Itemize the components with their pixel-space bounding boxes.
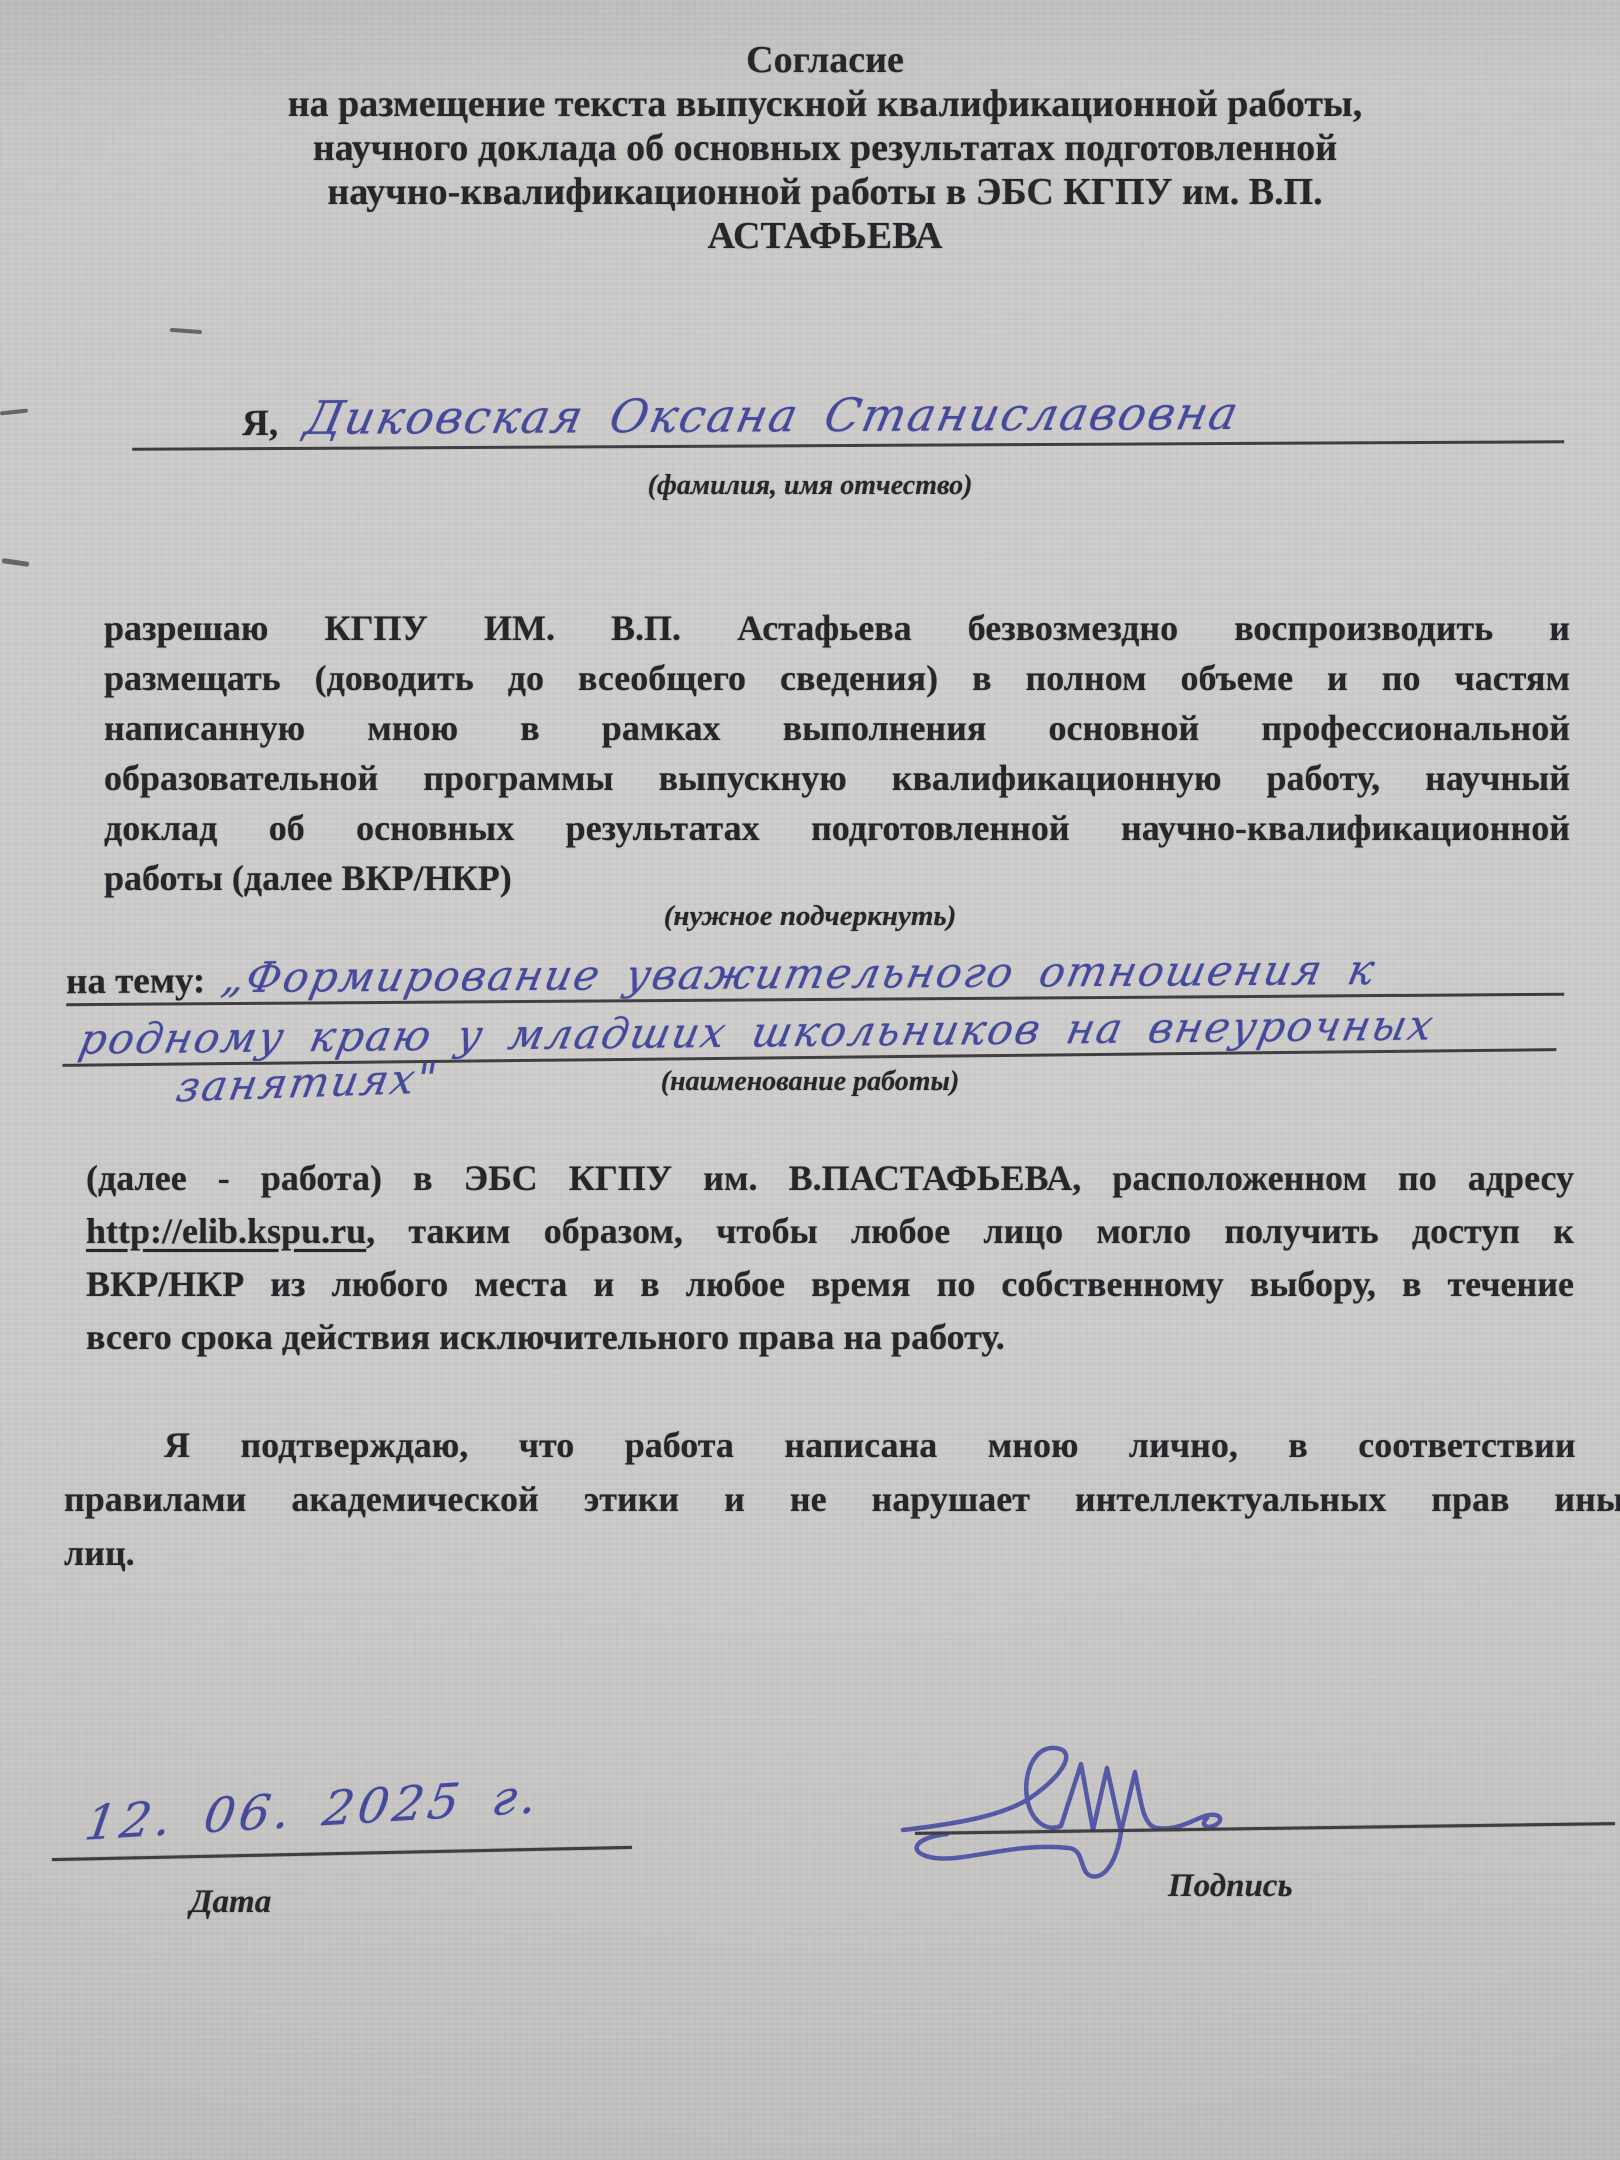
signature-handwriting: [895, 1738, 1235, 1888]
handwritten-theme-line-2: родному краю у младших школьников на вне…: [75, 1000, 1439, 1063]
confirmation-paragraph: Я подтверждаю, что работа написана мною …: [64, 1418, 1620, 1580]
location-paragraph: (далее - работа) в ЭБС КГПУ им. В.ПАСТАФ…: [86, 1152, 1574, 1364]
theme-caption: (наименование работы): [0, 1066, 1620, 1098]
scanned-consent-document: Согласие на размещение текста выпускной …: [0, 0, 1620, 2160]
handwritten-date: 12. 06. 2025 г.: [81, 1768, 545, 1851]
handwritten-name: Диковская Оксана Станиславовна: [300, 386, 1244, 445]
stray-ink-mark: [2, 558, 29, 567]
theme-field-row-2: родному краю у младших школьников на вне…: [62, 982, 1557, 1067]
location-text-last-line: всего срока действия исключительного пра…: [86, 1311, 1574, 1364]
permission-paragraph: разрешаю КГПУ ИМ. В.П. Астафьева безвозм…: [104, 603, 1570, 903]
library-url: http://elib.kspu.ru: [86, 1211, 366, 1251]
signature-label: Подпись: [1168, 1868, 1293, 1905]
name-caption: (фамилия, имя отчество): [0, 470, 1620, 502]
location-text-before-url: (далее - работа) в ЭБС КГПУ им. В.ПАСТАФ…: [86, 1158, 1574, 1198]
name-prefix-label: Я,: [242, 402, 278, 445]
stray-ink-mark: [170, 328, 202, 334]
document-title: Согласие на размещение текста выпускной …: [100, 38, 1550, 258]
stray-ink-mark: [0, 409, 28, 416]
name-field-row: Я, Диковская Оксана Станиславовна: [132, 368, 1564, 450]
date-label: Дата: [190, 1884, 271, 1921]
